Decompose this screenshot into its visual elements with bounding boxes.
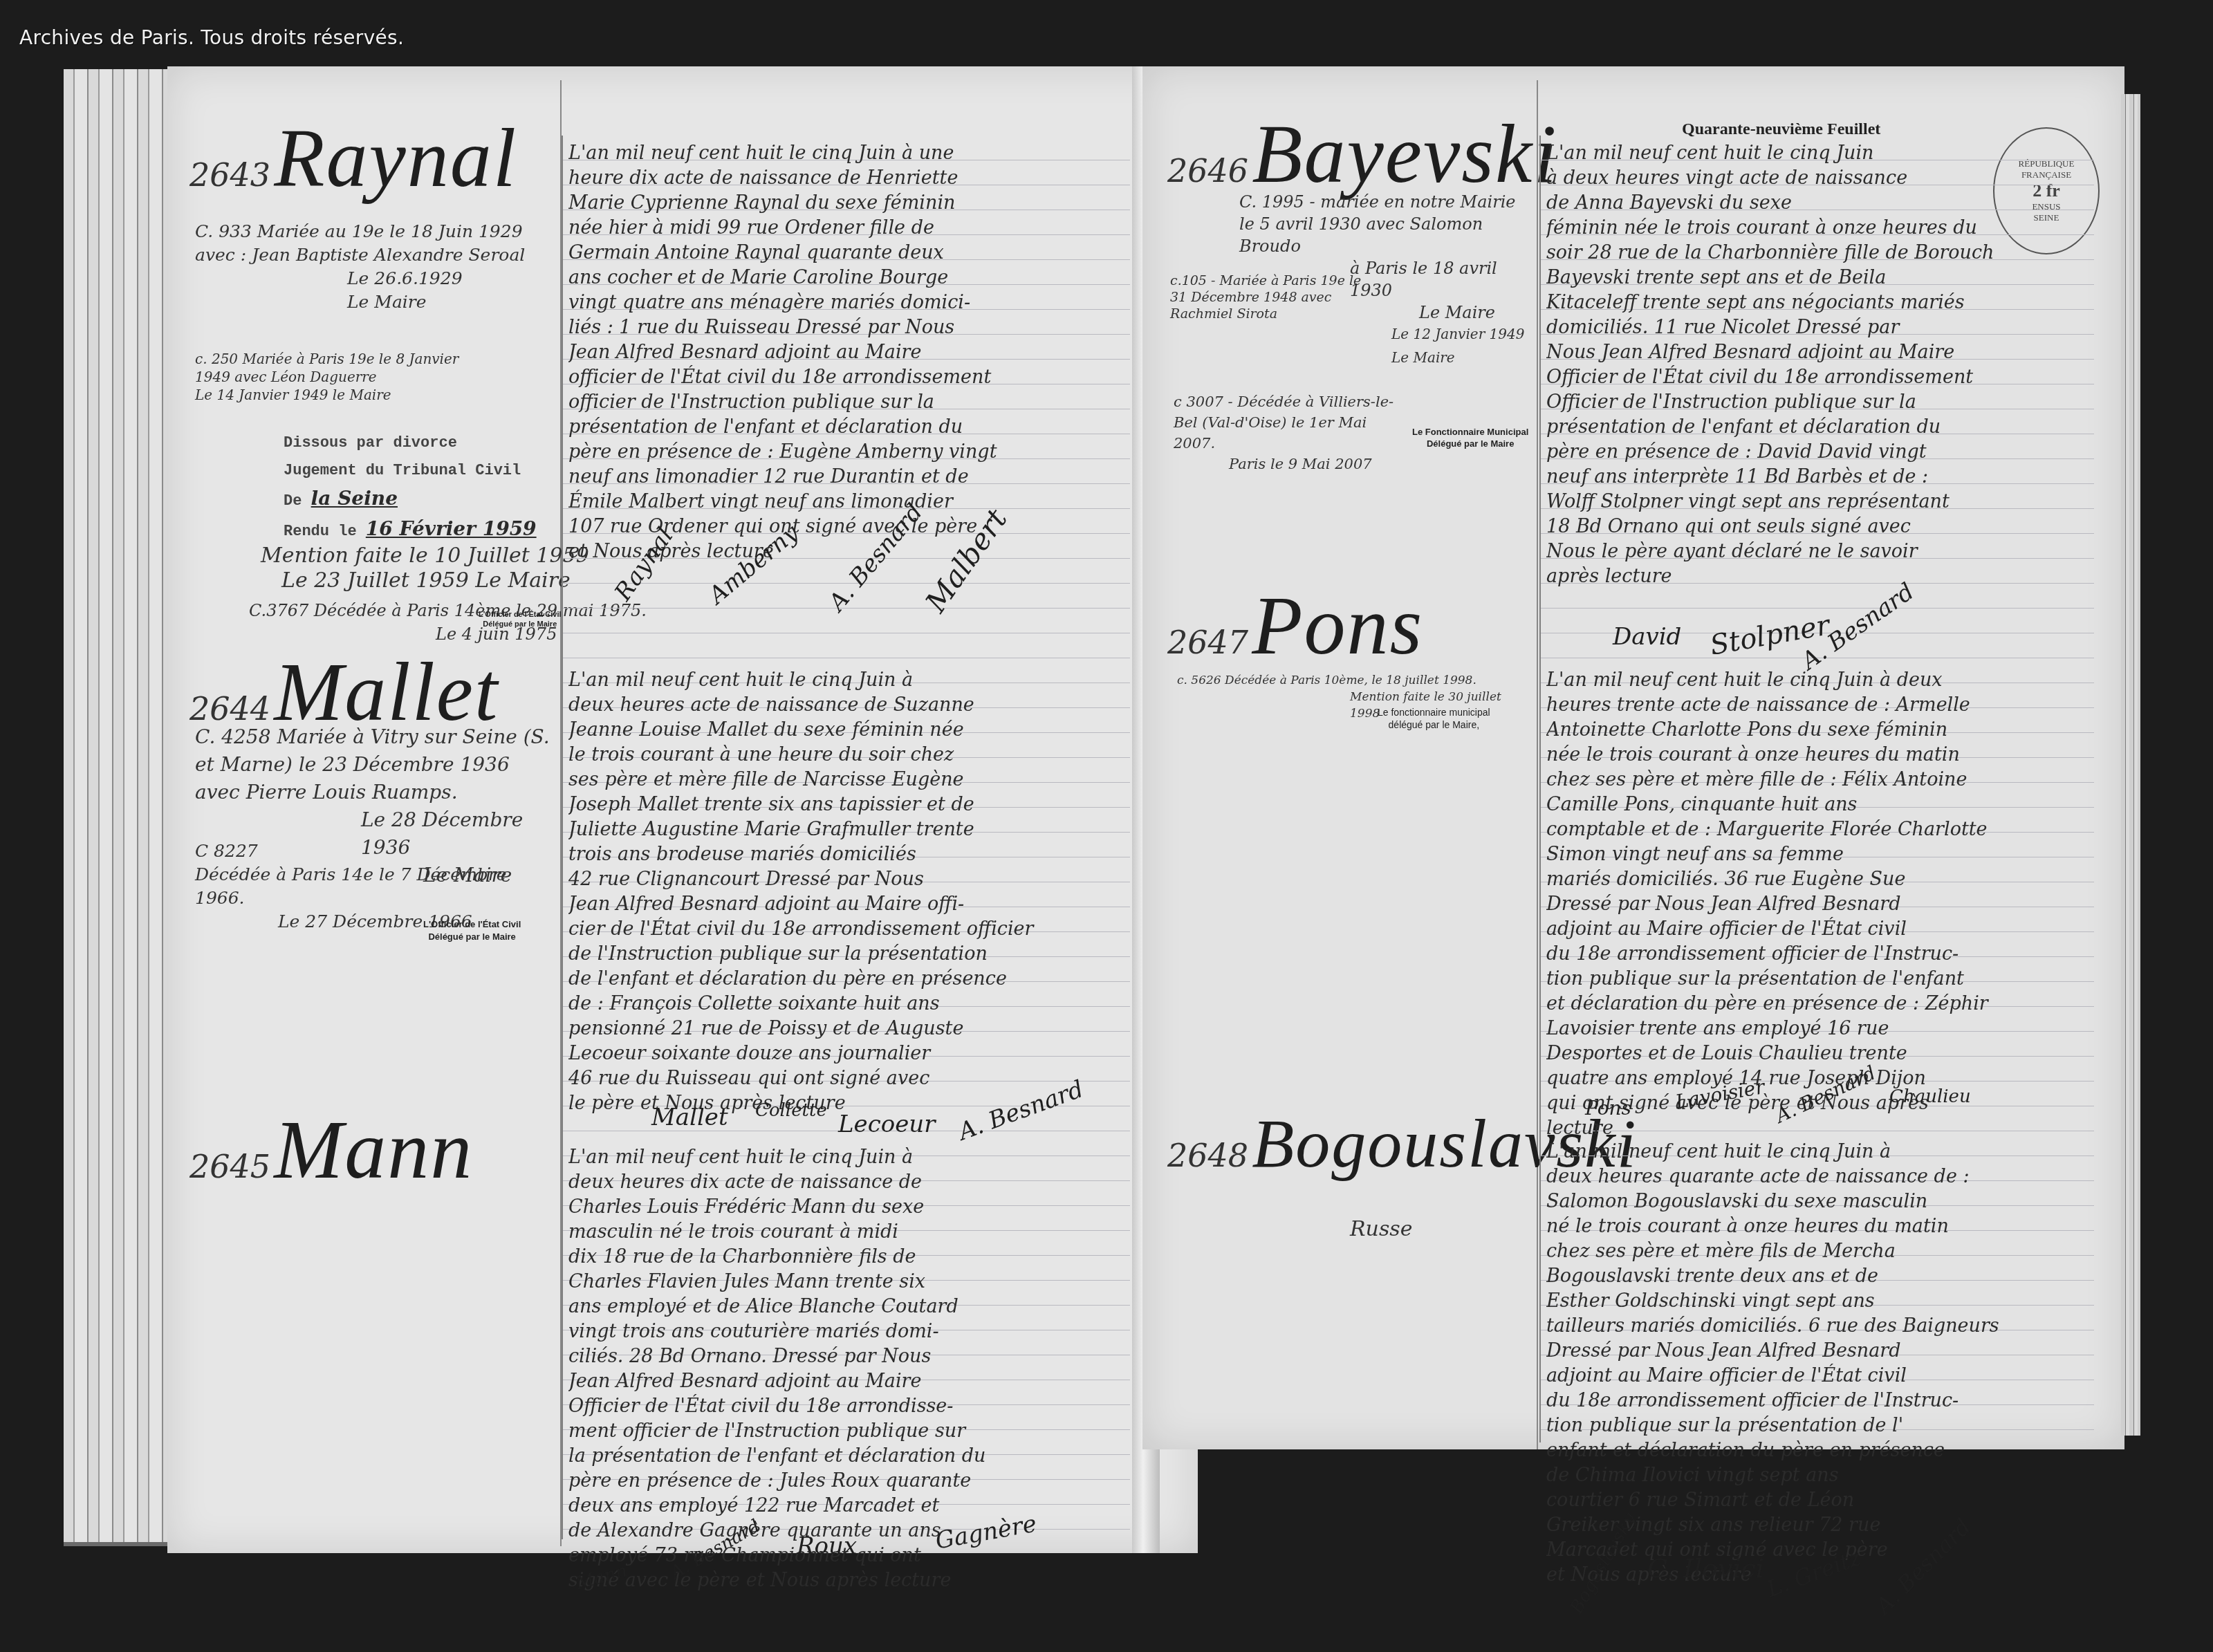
act-number: 2646 <box>1167 152 1248 189</box>
divorce-mention: Mention faite le 10 Juillet 1959 Le 23 J… <box>261 544 589 593</box>
archive-watermark: Archives de Paris. Tous droits réservés. <box>19 26 404 49</box>
act-number: 2644 <box>189 690 270 727</box>
officer-stamp: L'Officier de l'État Civil Délégué par l… <box>479 610 562 629</box>
divorce-stamp: Dissous par divorce Jugement du Tribunal… <box>284 429 537 546</box>
act-text-2646: L'an mil neuf cent huit le cinq Juin à d… <box>1546 141 1989 216</box>
right-column-divider <box>1537 80 1538 1449</box>
act-text-2646-cont: féminin née le trois courant à onze heur… <box>1546 216 2086 589</box>
act-number: 2643 <box>189 156 270 194</box>
act-number: 2647 <box>1167 624 1248 661</box>
death-note: c 3007 - Décédée à Villiers-le-Bel (Val-… <box>1174 391 1409 474</box>
entry-2647-header: 2647 Pons <box>1167 578 1423 674</box>
entry-2643-header: 2643 Raynal <box>189 111 517 206</box>
page-edges-right <box>2121 94 2140 1436</box>
officer-stamp: Le fonctionnaire municipal délégué par l… <box>1378 706 1490 731</box>
surname: Bayevski <box>1252 108 1557 200</box>
second-marriage-note: c.105 - Mariée à Paris 19e le 31 Décembr… <box>1170 272 1364 322</box>
surname: Raynal <box>274 112 517 204</box>
page-edges-left <box>64 69 174 1546</box>
act-text-2644: L'an mil neuf cent huit le cinq Juin à d… <box>568 668 1122 1116</box>
act-number: 2648 <box>1167 1137 1248 1174</box>
entry-2646-header: 2646 Bayevski <box>1167 106 1558 202</box>
act-text-2645: L'an mil neuf cent huit le cinq Juin à d… <box>568 1145 1122 1593</box>
act-number: 2645 <box>189 1148 270 1185</box>
act-text-2643: L'an mil neuf cent huit le cinq Juin à u… <box>568 141 1122 564</box>
officer-stamp: Le Fonctionnaire Municipal Délégué par l… <box>1412 426 1528 449</box>
second-marriage-date: Le 12 Janvier 1949 Le Maire <box>1391 322 1524 369</box>
surname: Pons <box>1252 579 1423 671</box>
second-marriage-note: c. 250 Mariée à Paris 19e le 8 Janvier 1… <box>195 350 485 404</box>
entry-2645-header: 2645 Mann <box>189 1102 473 1198</box>
surname: Mann <box>274 1104 473 1196</box>
officer-stamp: L'Officier de l'État Civil Délégué par l… <box>423 918 521 943</box>
register-book: 2643 Raynal C. 933 Mariée au 19e le 18 J… <box>64 66 2138 1615</box>
marriage-note: C. 933 Mariée au 19e le 18 Juin 1929 ave… <box>195 220 555 314</box>
act-text-2647: L'an mil neuf cent huit le cinq Juin à d… <box>1546 668 2086 1141</box>
nationality-note: Russe <box>1350 1218 1412 1241</box>
